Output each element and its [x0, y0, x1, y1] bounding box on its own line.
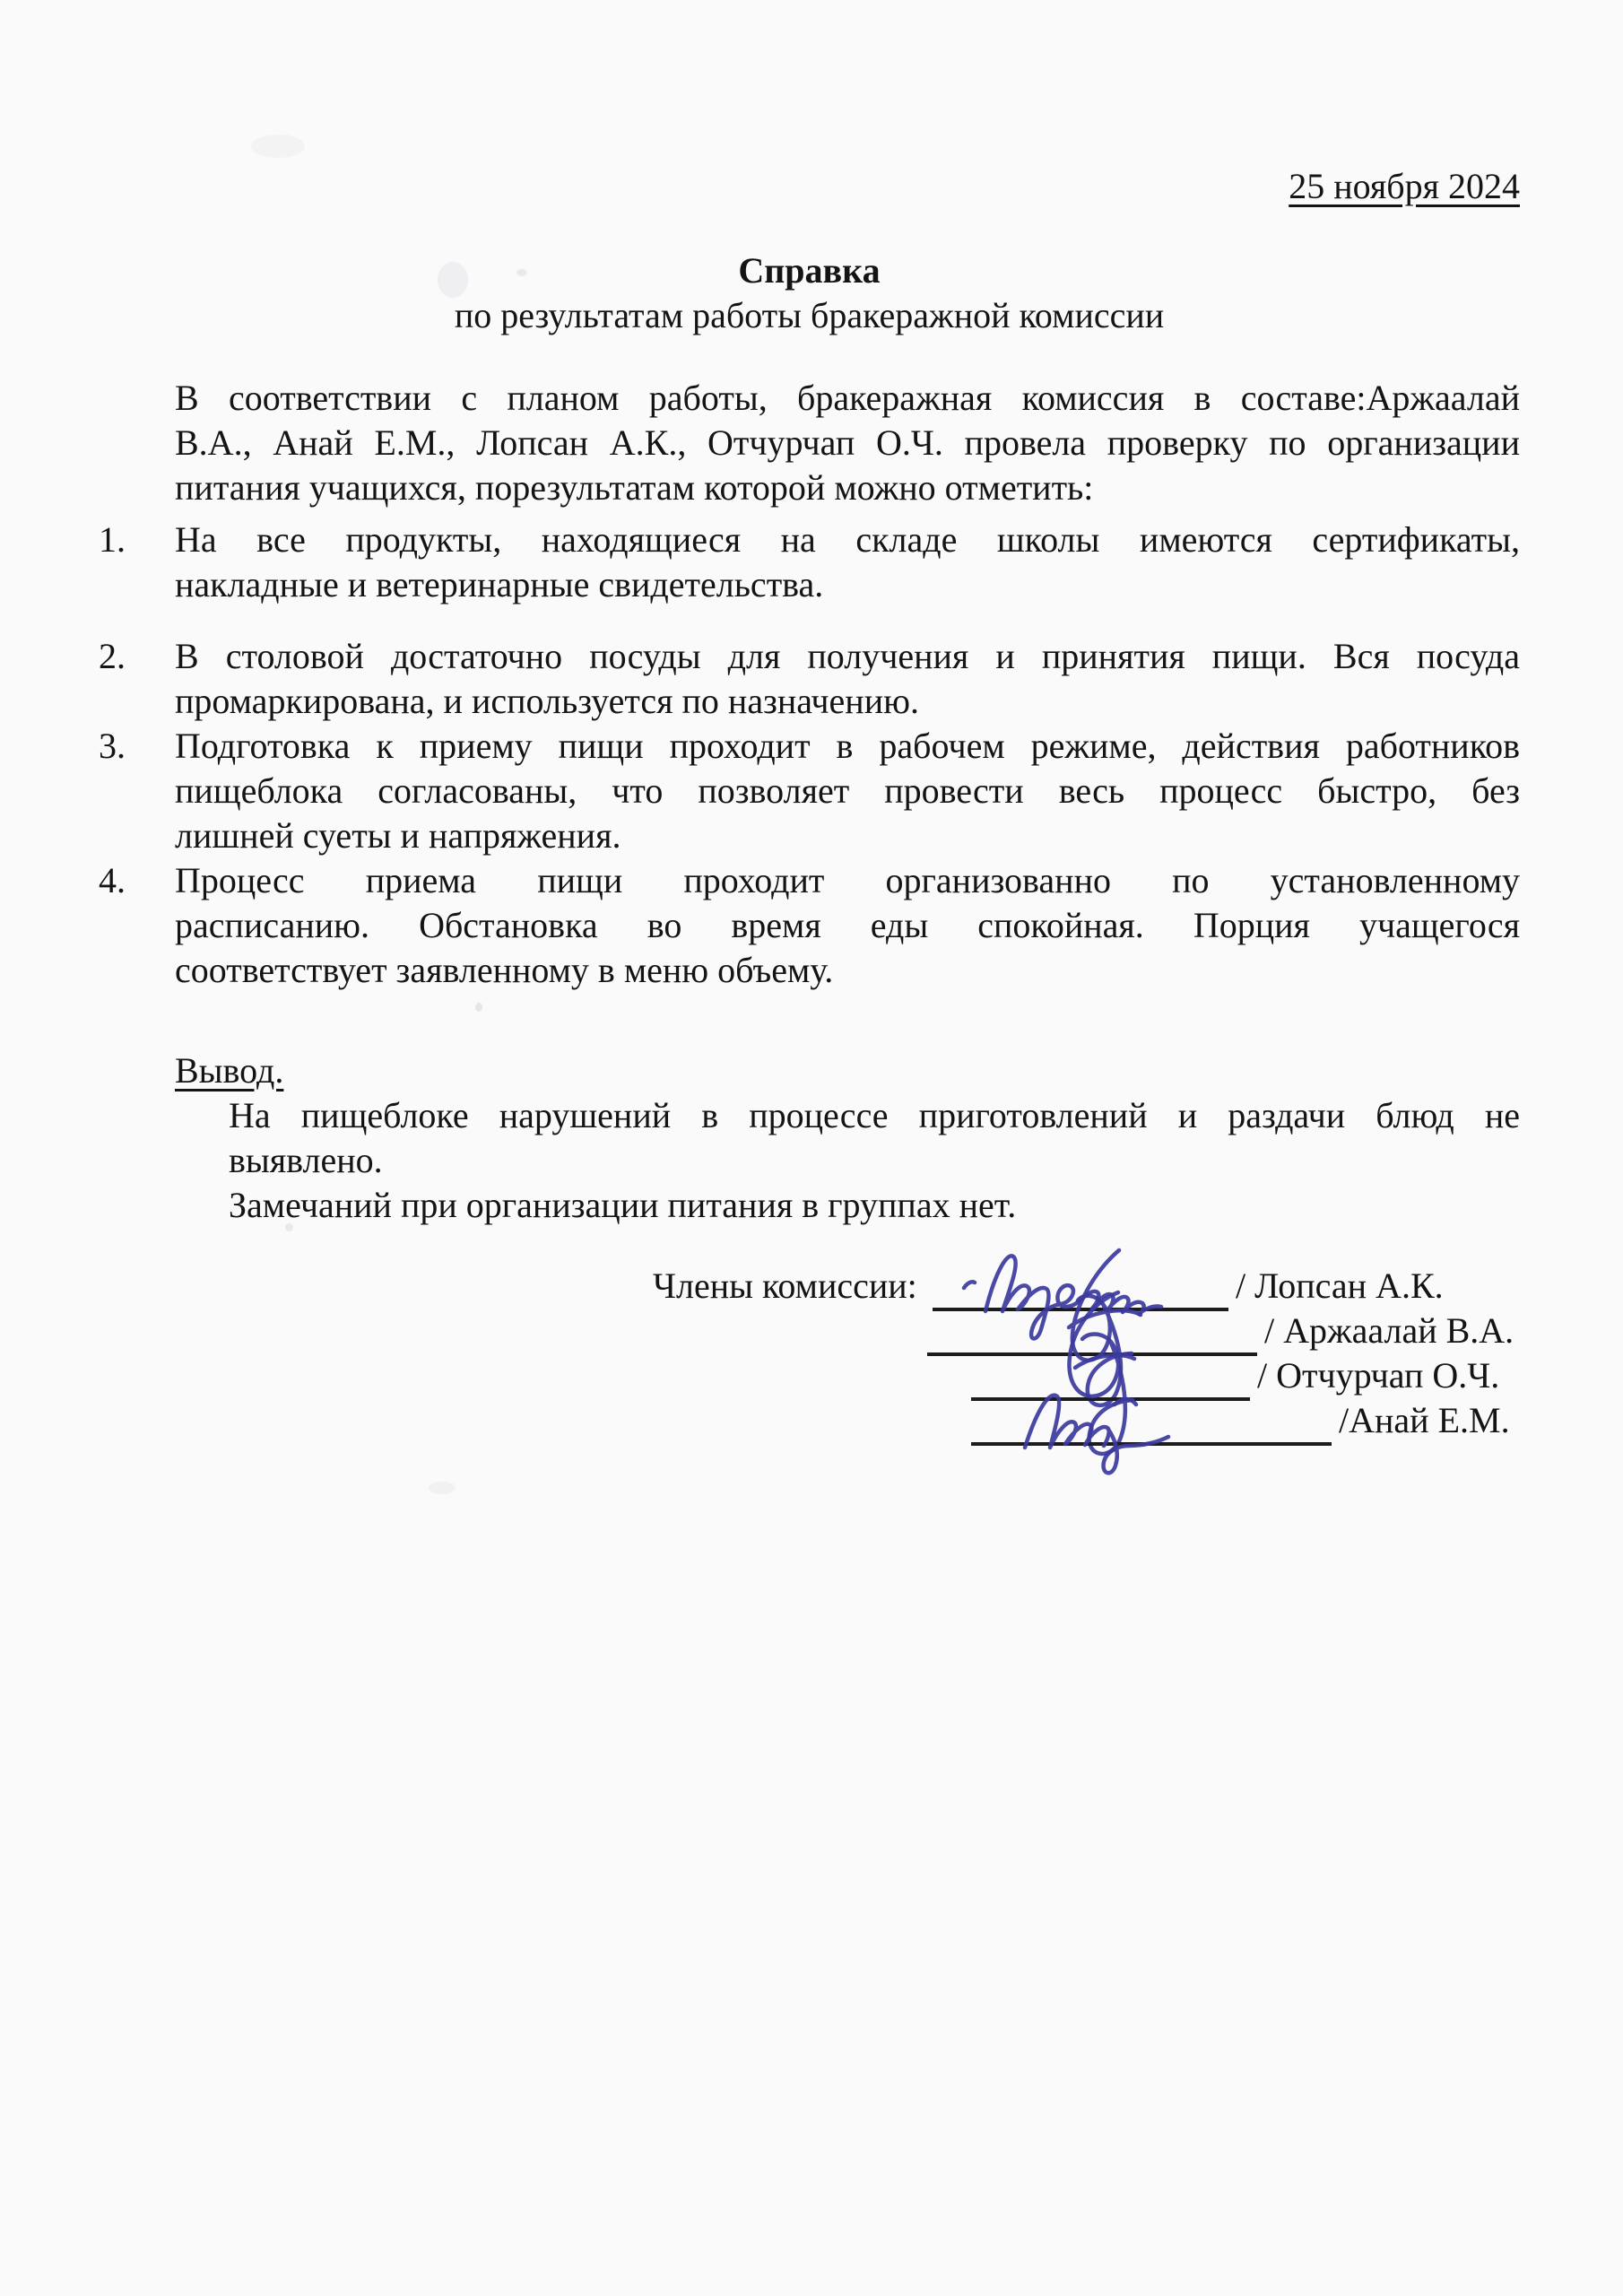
signature-label: Члены комиссии:	[653, 1264, 917, 1309]
signature-row-3: / Отчурчап О.Ч.	[99, 1356, 1520, 1401]
text-line: накладные и ветеринарные свидетельства.	[175, 562, 1520, 607]
document-subtitle: по результатам работы бракеражной комисс…	[99, 293, 1520, 338]
text-line: Процесс приема пищи проходит организован…	[175, 858, 1520, 903]
document-date-text: 25 ноября 2024	[1289, 166, 1520, 206]
list-item-number: 4.	[99, 858, 161, 903]
scanned-document-page: 25 ноября 2024 Справка по результатам ра…	[0, 0, 1623, 2296]
signature-name: / Лопсан А.К.	[1236, 1264, 1444, 1309]
text-line: лишней суеты и напряжения.	[175, 813, 1520, 858]
signature-name: / Аржаалай В.А.	[1264, 1309, 1514, 1353]
handwritten-signature-anai	[1009, 1370, 1224, 1478]
list-item-2: 2. В столовой достаточно посуды для полу…	[99, 634, 1520, 724]
document-date: 25 ноября 2024	[99, 164, 1520, 209]
list-item-1: 1. На все продукты, находящиеся на склад…	[99, 517, 1520, 607]
signature-block: Члены комиссии: / Лопсан А.К. / Аржаалай…	[99, 1266, 1520, 1446]
text-line: В столовой достаточно посуды для получен…	[175, 634, 1520, 679]
signature-row-1: Члены комиссии: / Лопсан А.К.	[99, 1266, 1520, 1311]
text-line: расписанию. Обстановка во время еды спок…	[175, 903, 1520, 948]
conclusion-paragraph-1: На пищеблоке нарушений в процессе пригот…	[229, 1093, 1520, 1183]
signature-row-2: / Аржаалай В.А.	[99, 1311, 1520, 1356]
list-item-number: 3.	[99, 724, 161, 769]
conclusion-heading-text: Вывод.	[175, 1050, 283, 1091]
text-line: В соответствии с планом работы, бракераж…	[175, 376, 1520, 421]
signature-name: /Анай Е.М.	[1339, 1398, 1510, 1443]
text-line: Замечаний при организации питания в груп…	[229, 1183, 1520, 1228]
text-line: Подготовка к приему пищи проходит в рабо…	[175, 724, 1520, 769]
list-item-number: 2.	[99, 634, 161, 679]
conclusion-paragraph-2: Замечаний при организации питания в груп…	[229, 1183, 1520, 1228]
text-line: На все продукты, находящиеся на складе ш…	[175, 517, 1520, 562]
list-item-number: 1.	[99, 517, 161, 562]
text-line: В.А., Анай Е.М., Лопсан А.К., Отчурчап О…	[175, 421, 1520, 465]
intro-paragraph: В соответствии с планом работы, бракераж…	[175, 376, 1520, 510]
text-line: промаркирована, и используется по назнач…	[175, 679, 1520, 724]
signature-row-4: /Анай Е.М.	[99, 1401, 1520, 1446]
text-line: питания учащихся, порезультатам которой …	[175, 465, 1520, 510]
list-item-4: 4. Процесс приема пищи проходит организо…	[99, 858, 1520, 993]
document-title: Справка	[99, 248, 1520, 293]
text-line: пищеблока согласованы, что позволяет про…	[175, 769, 1520, 813]
conclusion-heading: Вывод.	[175, 1048, 1520, 1093]
text-line: выявлено.	[229, 1138, 1520, 1183]
list-item-3: 3. Подготовка к приему пищи проходит в р…	[99, 724, 1520, 858]
document-content: 25 ноября 2024 Справка по результатам ра…	[0, 0, 1623, 2296]
text-line: соответствует заявленному в меню объему.	[175, 948, 1520, 993]
text-line: На пищеблоке нарушений в процессе пригот…	[229, 1093, 1520, 1138]
signature-name: / Отчурчап О.Ч.	[1257, 1353, 1499, 1398]
